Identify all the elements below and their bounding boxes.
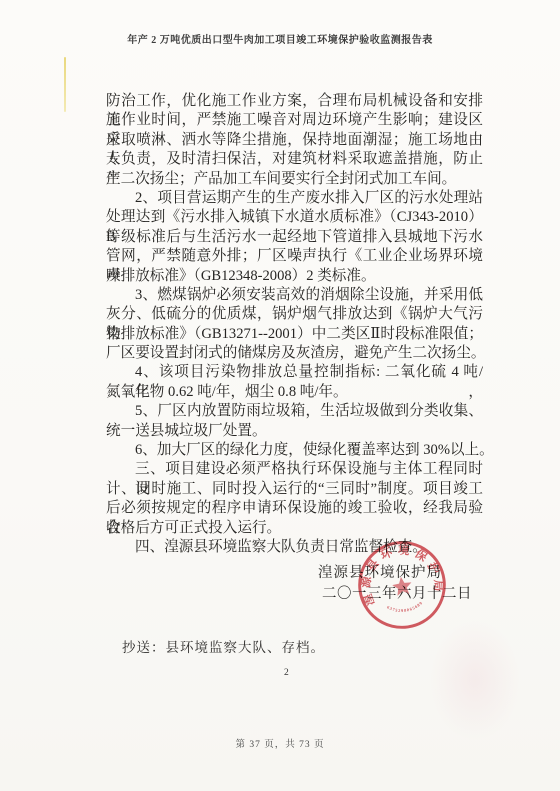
inner-page-number: 2 bbox=[284, 668, 289, 678]
text-line: 2、项目营运期产生的生产废水排入厂区的污水处理站 bbox=[106, 189, 483, 208]
text-line: 4、该项目污染物排放总量控制指标: 二氧化硫 4 吨/年， bbox=[106, 363, 483, 382]
official-seal-stamp-icon: 湟源县环境保护局 6375298065689 bbox=[350, 533, 454, 637]
page-title: 年产 2 万吨优质出口型牛肉加工项目竣工环境保护验收监测报告表 bbox=[0, 31, 560, 46]
footer-page-info: 第 37 页，共 73 页 bbox=[0, 736, 560, 750]
text-line: 灰分、低硫分的优质煤，锅炉烟气排放达到《锅炉大气污染 bbox=[106, 305, 483, 324]
cc-line: 抄送：县环境监察大队、存档。 bbox=[122, 636, 325, 656]
text-line: 统一送县城垃圾厂处置。 bbox=[106, 422, 483, 441]
text-line: 采取喷淋、洒水等降尘措施，保持地面潮湿；施工场地由专 bbox=[106, 131, 483, 150]
text-line: 人负责，及时清扫保洁，对建筑材料采取遮盖措施，防止产 bbox=[106, 150, 483, 169]
text-line: 5、厂区内放置防雨垃圾箱，生活垃圾做到分类收集、 bbox=[106, 402, 483, 421]
seal-arc-text: 湟源县环境保护局 bbox=[353, 537, 448, 609]
text-line: 声排放标准》（GB12348-2008）2 类标准。 bbox=[106, 267, 483, 286]
document-body: 防治工作，优化施工作业方案，合理布局机械设备和安排施工作业时间，严禁施工噪音对周… bbox=[106, 92, 483, 557]
text-line: 处理达到《污水排入城镇下水道水质标准》（CJ343-2010）B bbox=[106, 208, 483, 227]
text-line: 后必须按规定的程序申请环保设施的竣工验收，经我局验收 bbox=[106, 499, 483, 518]
text-line: 3、燃煤锅炉必须安装高效的消烟除尘设施，并采用低 bbox=[106, 286, 483, 305]
text-line: 厂区要设置封闭式的储煤房及灰渣房，避免产生二次扬尘。 bbox=[106, 344, 483, 363]
scan-artifact-line bbox=[64, 57, 66, 112]
text-line: 管网，严禁随意外排；厂区噪声执行《工业企业场界环境噪 bbox=[106, 247, 483, 266]
text-line: 等级标准后与生活污水一起经地下管道排入县城地下污水 bbox=[106, 228, 483, 247]
scan-smudge bbox=[430, 620, 520, 740]
text-line: 三、项目建设必须严格执行环保设施与主体工程同时设 bbox=[106, 460, 483, 479]
seal-code: 6375298065689 bbox=[386, 600, 425, 616]
svg-text:湟源县环境保护局: 湟源县环境保护局 bbox=[353, 537, 448, 609]
svg-text:6375298065689: 6375298065689 bbox=[386, 600, 425, 616]
scanned-document-page: 年产 2 万吨优质出口型牛肉加工项目竣工环境保护验收监测报告表 防治工作，优化施… bbox=[0, 0, 560, 791]
text-line: 工作业时间，严禁施工噪音对周边环境产生影响；建设区应 bbox=[106, 111, 483, 130]
text-line: 防治工作，优化施工作业方案，合理布局机械设备和安排施 bbox=[106, 92, 483, 111]
text-line: 物排放标准》（GB13271--2001）中二类区Ⅱ时段标准限值； bbox=[106, 325, 483, 344]
text-line: 6、加大厂区的绿化力度，使绿化覆盖率达到 30%以上。 bbox=[106, 441, 483, 460]
text-line: 生二次扬尘；产品加工车间要实行全封闭式加工车间。 bbox=[106, 170, 483, 189]
text-line: 计、同时施工、同时投入运行的“三同时”制度。项目竣工 bbox=[106, 480, 483, 499]
seal-star-icon bbox=[391, 575, 413, 596]
